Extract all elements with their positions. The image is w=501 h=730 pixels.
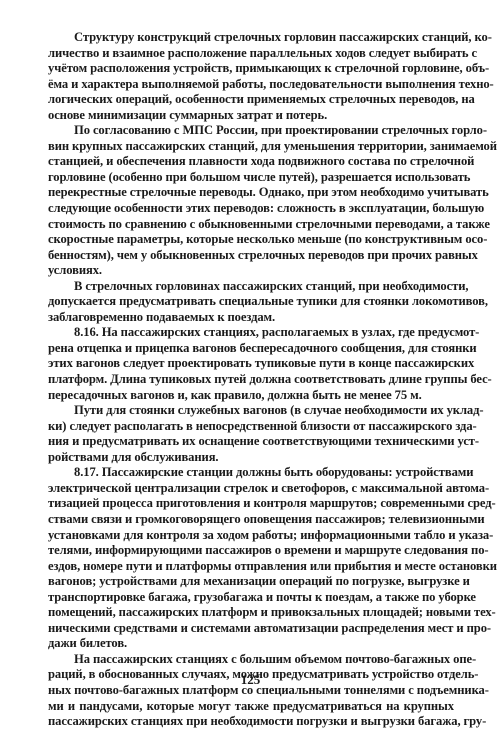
text-line: пассажирских станциях при необходимости … (48, 714, 454, 730)
text-line: пересадочных вагонов и, как правило, дол… (48, 388, 454, 404)
page-number: 125 (0, 672, 501, 688)
text-line: следующие особенности этих переводов: сл… (48, 201, 454, 217)
text-line: дажи билетов. (48, 636, 454, 652)
text-line: личество и взаимное расположение паралле… (48, 46, 454, 62)
text-line: На пассажирских станциях с большим объем… (48, 652, 454, 668)
text-line: заблаговременно подаваемых к поездам. (48, 310, 454, 326)
text-line: По согласованию с МПС России, при проект… (48, 123, 454, 139)
text-line: тизацией процесса приготовления и контро… (48, 496, 454, 512)
document-page-body: Структуру конструкций стрелочных горлови… (48, 30, 454, 730)
text-line: электрической централизации стрелок и св… (48, 481, 454, 497)
text-line: Пути для стоянки служебных вагонов (в сл… (48, 403, 454, 419)
text-line: помещений, пассажирских платформ и приво… (48, 605, 454, 621)
text-line: телями, информирующими пассажиров о врем… (48, 543, 454, 559)
text-line: транспортировке багажа, грузобагажа и по… (48, 590, 454, 606)
text-line: платформ. Длина тупиковых путей должна с… (48, 372, 454, 388)
paragraph: Пути для стоянки служебных вагонов (в сл… (48, 403, 454, 465)
text-line: перекрестные стрелочные переводы. Однако… (48, 185, 454, 201)
text-line: ройствами для обслуживания. (48, 450, 454, 466)
text-line: установками для контроля за ходом работы… (48, 528, 454, 544)
text-line: условиях. (48, 263, 454, 279)
text-line: бенностям), чем у обыкновенных стрелочны… (48, 248, 454, 264)
text-line: ми и пандусами, которые могут также пред… (48, 699, 454, 715)
paragraph: 8.17. Пассажирские станции должны быть о… (48, 465, 454, 652)
text-line: 8.16. На пассажирских станциях, располаг… (48, 325, 454, 341)
text-line: ствами связи и громкоговорящего оповещен… (48, 512, 454, 528)
text-line: ническими средствами и системами автомат… (48, 621, 454, 637)
text-line: станцией, и обеспечения плавности хода п… (48, 154, 454, 170)
text-line: ёма и характера выполняемой работы, посл… (48, 77, 454, 93)
text-line: вин крупных пассажирских станций, для ум… (48, 139, 454, 155)
text-line: рена отцепка и прицепка вагонов бесперес… (48, 341, 454, 357)
text-line: логических операций, особенности применя… (48, 92, 454, 108)
text-line: допускается предусматривать специальные … (48, 294, 454, 310)
text-line: стоимость по сравнению с обыкновенными с… (48, 217, 454, 233)
text-line: В стрелочных горловинах пассажирских ста… (48, 279, 454, 295)
text-line: основе минимизации суммарных затрат и по… (48, 108, 454, 124)
paragraph: По согласованию с МПС России, при проект… (48, 123, 454, 278)
text-line: ния и предусматривать их оснащение соотв… (48, 434, 454, 450)
paragraph: На пассажирских станциях с большим объем… (48, 652, 454, 730)
text-line: этих вагонов следует проектировать тупик… (48, 356, 454, 372)
text-line: ки) следует располагать в непосредственн… (48, 419, 454, 435)
text-line: вагонов; устройствами для механизации оп… (48, 574, 454, 590)
text-line: 8.17. Пассажирские станции должны быть о… (48, 465, 454, 481)
text-line: учётом расположения устройств, примыкающ… (48, 61, 454, 77)
text-line: Структуру конструкций стрелочных горлови… (48, 30, 454, 46)
text-line: горловине (особенно при большом числе пу… (48, 170, 454, 186)
paragraph: Структуру конструкций стрелочных горлови… (48, 30, 454, 123)
paragraph: 8.16. На пассажирских станциях, располаг… (48, 325, 454, 403)
paragraph: В стрелочных горловинах пассажирских ста… (48, 279, 454, 326)
text-line: ездов, номере пути и платформы отправлен… (48, 559, 454, 575)
text-line: скоростные параметры, которые несколько … (48, 232, 454, 248)
